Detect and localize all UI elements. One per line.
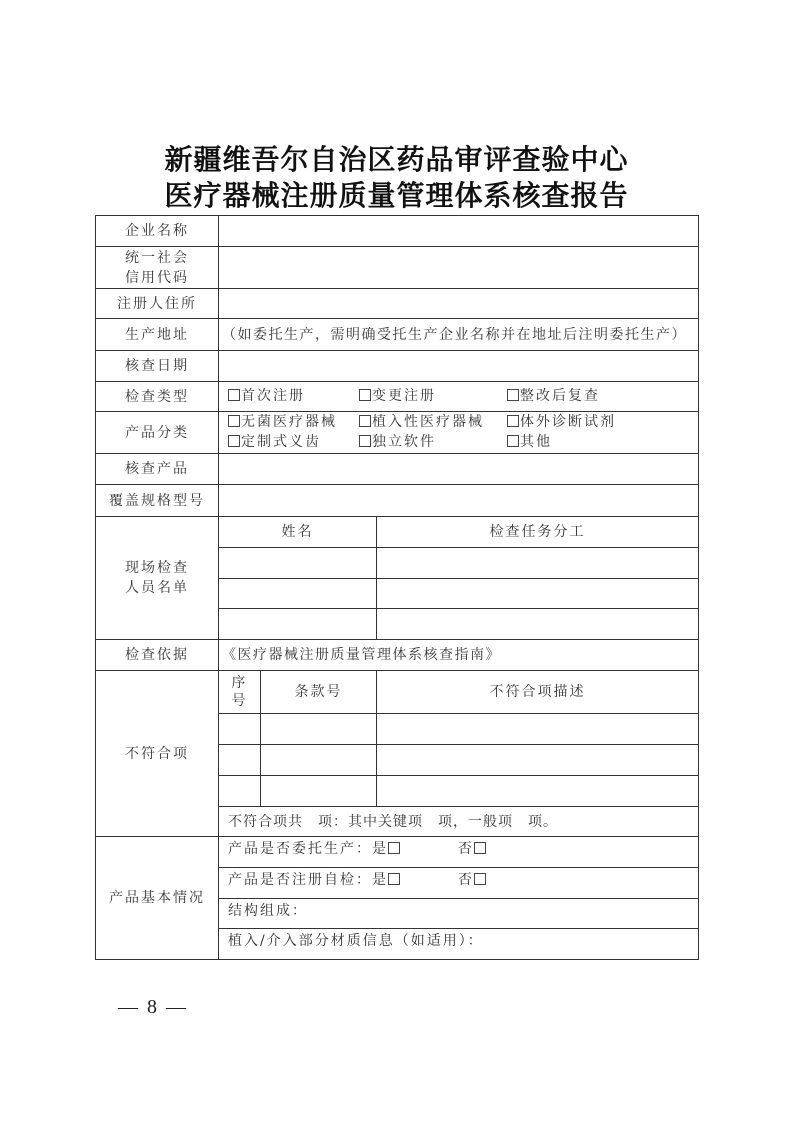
checkbox-icon[interactable]	[507, 389, 519, 401]
header-description: 不符合项描述	[377, 671, 698, 713]
nc-seq-cell[interactable]	[219, 776, 260, 806]
checkbox-icon[interactable]	[507, 435, 519, 447]
inspector-name-cell[interactable]	[219, 579, 376, 608]
checkbox-custom-denture[interactable]: 定制式义齿	[228, 432, 321, 452]
checkbox-icon[interactable]	[359, 435, 371, 447]
label-inspectors-line1: 现场检查	[125, 558, 189, 578]
nc-clause-cell[interactable]	[261, 714, 376, 744]
nc-summary: 不符合项共 项：其中关键项 项，一般项 项。	[228, 807, 698, 836]
checkbox-standalone-software[interactable]: 独立软件	[359, 432, 436, 452]
label-product-basics: 产品基本情况	[96, 837, 218, 959]
checkbox-implantable-device[interactable]: 植入性医疗器械	[359, 412, 484, 432]
label-credit-code: 统一社会 信用代码	[96, 247, 218, 288]
label-inspectors: 现场检查 人员名单	[96, 517, 218, 639]
checkbox-entrusted-no[interactable]	[474, 842, 486, 854]
basics-row-line	[218, 928, 699, 929]
header-inspector-task: 检查任务分工	[377, 517, 698, 547]
checkbox-reinspection[interactable]: 整改后复查	[507, 386, 600, 406]
label-inspection-date: 核查日期	[96, 351, 218, 381]
checkbox-icon[interactable]	[359, 389, 371, 401]
checkbox-sterile-device[interactable]: 无菌医疗器械	[228, 412, 337, 432]
models-covered-field[interactable]	[219, 485, 698, 516]
checkbox-icon[interactable]	[507, 415, 519, 427]
basics-row-line	[218, 898, 699, 899]
label-registrant-address: 注册人住所	[96, 289, 218, 318]
label-nonconformities: 不符合项	[96, 671, 218, 836]
nc-clause-cell[interactable]	[261, 745, 376, 775]
basis-value: 《医疗器械注册质量管理体系核查指南》	[222, 640, 698, 670]
inspector-task-cell[interactable]	[377, 548, 698, 578]
checkbox-self-test-yes[interactable]	[388, 873, 400, 885]
page-number: — 8 —	[118, 996, 188, 1019]
table-border-bottom	[95, 959, 699, 960]
nc-seq-cell[interactable]	[219, 714, 260, 744]
inspected-product-field[interactable]	[219, 454, 698, 484]
self-test-row: 产品是否注册自检：是 否	[228, 870, 487, 890]
entrusted-production-row: 产品是否委托生产：是 否	[228, 839, 487, 859]
checkbox-first-registration[interactable]: 首次注册	[228, 386, 305, 406]
title-line-1: 新疆维吾尔自治区药品审评查验中心	[0, 142, 793, 178]
checkbox-icon[interactable]	[228, 435, 240, 447]
label-production-address: 生产地址	[96, 319, 218, 350]
inspector-name-cell[interactable]	[219, 548, 376, 578]
label-inspectors-line2: 人员名单	[125, 578, 189, 598]
material-field[interactable]: 植入/介入部分材质信息（如适用）：	[228, 931, 484, 951]
credit-code-field[interactable]	[219, 247, 698, 288]
nc-desc-cell[interactable]	[377, 745, 698, 775]
header-clause: 条款号	[261, 671, 376, 713]
checkbox-other[interactable]: 其他	[507, 432, 552, 452]
production-address-field[interactable]: （如委托生产，需明确受托生产企业名称并在地址后注明委托生产）	[222, 319, 698, 350]
nc-desc-cell[interactable]	[377, 714, 698, 744]
label-credit-code-line1: 统一社会	[125, 248, 189, 268]
header-inspector-name: 姓名	[219, 517, 376, 547]
structure-field[interactable]: 结构组成：	[228, 901, 308, 921]
inspector-task-cell[interactable]	[377, 579, 698, 608]
label-models-covered: 覆盖规格型号	[96, 485, 218, 516]
nc-clause-cell[interactable]	[261, 776, 376, 806]
label-inspected-product: 核查产品	[96, 454, 218, 484]
table-border-right	[698, 215, 699, 959]
label-product-category: 产品分类	[96, 412, 218, 453]
basics-row-line	[218, 867, 699, 868]
nc-seq-cell[interactable]	[219, 745, 260, 775]
label-inspection-type: 检查类型	[96, 382, 218, 411]
label-company-name: 企业名称	[96, 216, 218, 246]
label-basis: 检查依据	[96, 640, 218, 670]
header-seq: 序 号	[219, 671, 260, 713]
checkbox-self-test-no[interactable]	[474, 873, 486, 885]
title-line-2: 医疗器械注册质量管理体系核查报告	[0, 178, 793, 214]
company-name-field[interactable]	[219, 216, 698, 246]
inspector-task-cell[interactable]	[377, 609, 698, 639]
checkbox-ivd-reagent[interactable]: 体外诊断试剂	[507, 412, 616, 432]
inspection-date-field[interactable]	[219, 351, 698, 381]
checkbox-icon[interactable]	[228, 389, 240, 401]
checkbox-icon[interactable]	[359, 415, 371, 427]
inspector-name-cell[interactable]	[219, 609, 376, 639]
checkbox-change-registration[interactable]: 变更注册	[359, 386, 436, 406]
label-credit-code-line2: 信用代码	[125, 268, 189, 288]
nc-desc-cell[interactable]	[377, 776, 698, 806]
checkbox-entrusted-yes[interactable]	[388, 842, 400, 854]
registrant-address-field[interactable]	[219, 289, 698, 318]
checkbox-icon[interactable]	[228, 415, 240, 427]
